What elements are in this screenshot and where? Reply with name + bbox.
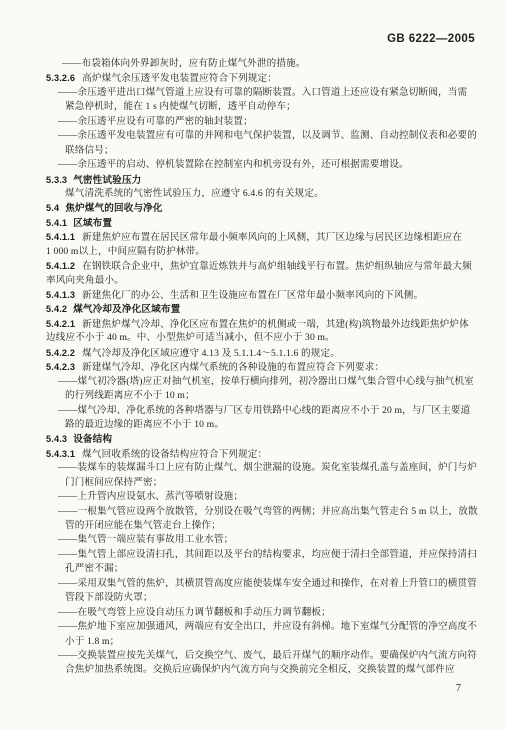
page-number: 7 bbox=[456, 683, 461, 694]
document-page: GB 6222—2005 ——布袋箱体向外界卸灰时，应有防止煤气外泄的措施。 5… bbox=[0, 0, 505, 730]
clause-number: 5.3.3 bbox=[46, 175, 67, 185]
bullet-line: ——布袋箱体向外界卸灰时，应有防止煤气外泄的措施。 bbox=[46, 57, 467, 71]
continuation-line: 孔严密不漏； bbox=[46, 562, 467, 576]
continuation-line: 联络信号； bbox=[46, 144, 467, 158]
clause-text: 新建煤气冷却、净化区内煤气系统的各种设施的布置应符合下列要求： bbox=[82, 362, 384, 373]
heading-5-4-3: 5.4.3设备结构 bbox=[46, 432, 467, 446]
bullet-line: ——交换装置应按先关煤气，后交换空气、废气，最后开煤气的顺序动作。要确保炉内气流… bbox=[46, 649, 467, 663]
clause-number: 5.4.2.2 bbox=[46, 348, 75, 358]
clause-5-4-3-1: 5.4.3.1煤气回收系统的设备结构应符合下列规定： bbox=[46, 447, 467, 461]
bullet-line: ——一根集气管应设两个放散管，分别设在吸气弯管的两侧；并应高出集气管走台 5 m… bbox=[46, 505, 467, 519]
bullet-line: ——煤气初冷器(塔)应正对抽气机室，按单行横向排列，初冷器出口煤气集合管中心线与… bbox=[46, 375, 467, 389]
bullet-line: ——采用双集气管的焦炉，其横贯管高度应能使装煤车安全通过和操作，在对着上升管口的… bbox=[46, 577, 467, 591]
document-body: ——布袋箱体向外界卸灰时，应有防止煤气外泄的措施。 5.3.2.6高炉煤气余压透… bbox=[46, 57, 467, 678]
clause-text: 高炉煤气余压透平发电装置应符合下列规定： bbox=[82, 73, 277, 84]
heading-text: 设备结构 bbox=[73, 434, 112, 445]
continuation-line: 小于 1.8 m； bbox=[46, 635, 467, 649]
bullet-line: ——焦炉地下室应加强通风，两端应有安全出口，并应设有斜梯。地下室煤气分配管的净空… bbox=[46, 620, 467, 634]
clause-number: 5.4.3.1 bbox=[46, 449, 75, 459]
continuation-line: 的行列线距离应不小于 10 m； bbox=[46, 389, 467, 403]
continuation-line: 路的最近边缘的距离应不小于 10 m。 bbox=[46, 418, 467, 432]
bullet-line: ——在吸气弯管上应设自动压力调节翻板和手动压力调节翻板； bbox=[46, 606, 467, 620]
clause-5-4-1-1: 5.4.1.1新建焦炉应布置在居民区常年最小频率风向的上风侧，其厂区边缘与居民区… bbox=[46, 230, 467, 244]
clause-text: 新建焦炉应布置在居民区常年最小频率风向的上风侧，其厂区边缘与居民区边缘相距应在 bbox=[82, 232, 462, 243]
clause-number: 5.4.2 bbox=[46, 304, 67, 314]
clause-5-4-2-1: 5.4.2.1新建焦炉煤气冷却、净化区应布置在焦炉的机侧或一端，其建(构)筑物最… bbox=[46, 317, 467, 331]
bullet-line: ——余压透平应设有可靠的严密的轴封装置； bbox=[46, 115, 467, 129]
clause-text: 在钢铁联合企业中，焦炉宜靠近炼铁并与高炉组轴线平行布置。焦炉组纵轴应与常年最大频 bbox=[82, 261, 472, 272]
heading-5-4-1: 5.4.1区域布置 bbox=[46, 216, 467, 230]
bullet-line: ——煤气冷却、净化系统的各种塔器与厂区专用铁路中心线的距离应不小于 20 m，与… bbox=[46, 404, 467, 418]
clause-5-4-1-3: 5.4.1.3新建焦化厂的办公、生活和卫生设施应布置在厂区常年最小频率风向的下风… bbox=[46, 288, 467, 302]
heading-text: 煤气冷却及净化区域布置 bbox=[73, 304, 180, 315]
clause-number: 5.4 bbox=[46, 203, 59, 213]
clause-number: 5.3.2.6 bbox=[46, 73, 75, 83]
bullet-line: ——集气管上部应设清扫孔，其间距以及平台的结构要求，均应便于清扫全部管道，并应保… bbox=[46, 548, 467, 562]
clause-5-4-1-2: 5.4.1.2在钢铁联合企业中，焦炉宜靠近炼铁并与高炉组轴线平行布置。焦炉组纵轴… bbox=[46, 259, 467, 273]
bullet-line: ——余压透平进出口煤气管道上应设有可靠的隔断装置。入口管道上还应设有紧急切断阀，… bbox=[46, 86, 467, 100]
continuation-line: 管的开闭应能在集气管走台上操作； bbox=[46, 519, 467, 533]
heading-text: 气密性试验压力 bbox=[73, 175, 141, 186]
heading-text: 焦炉煤气的回收与净化 bbox=[65, 203, 162, 214]
heading-5-4: 5.4焦炉煤气的回收与净化 bbox=[46, 201, 467, 215]
bullet-line: ——装煤车的装煤漏斗口上应有防止煤气、烟尘泄漏的设施。炭化室装煤孔盖与盖座间，炉… bbox=[46, 461, 467, 475]
bullet-line: ——余压透平发电装置应有可靠的并网和电气保护装置，以及调节、监测、自动控制仪表和… bbox=[46, 129, 467, 143]
clause-number: 5.4.1 bbox=[46, 218, 67, 228]
clause-number: 5.4.2.1 bbox=[46, 319, 75, 329]
heading-5-3-3: 5.3.3气密性试验压力 bbox=[46, 173, 467, 187]
clause-text: 新建焦化厂的办公、生活和卫生设施应布置在厂区常年最小频率风向的下风侧。 bbox=[82, 290, 423, 301]
continuation-line: 率风向夹角最小。 bbox=[46, 274, 467, 288]
continuation-line: 合焦炉加热系统图。交换后应确保炉内气流方向与交换前完全相反，交换装置的煤气部件应 bbox=[46, 663, 467, 677]
clause-5-3-2-6: 5.3.2.6高炉煤气余压透平发电装置应符合下列规定： bbox=[46, 71, 467, 85]
clause-text: 煤气冷却及净化区域应遵守 4.13 及 5.1.1.4～5.1.1.6 的规定。 bbox=[82, 348, 340, 359]
heading-5-4-2: 5.4.2煤气冷却及净化区域布置 bbox=[46, 302, 467, 316]
heading-text: 区域布置 bbox=[73, 218, 112, 229]
clause-number: 5.4.1.2 bbox=[46, 261, 75, 271]
continuation-line: 管段下部设防火罩； bbox=[46, 591, 467, 605]
clause-number: 5.4.2.3 bbox=[46, 362, 75, 372]
continuation-line: 门门框间应保持严密； bbox=[46, 476, 467, 490]
bullet-line: ——余压透平的启动、停机装置除在控制室内和机旁设有外，还可根据需要增设。 bbox=[46, 158, 467, 172]
clause-5-4-2-2: 5.4.2.2煤气冷却及净化区域应遵守 4.13 及 5.1.1.4～5.1.1… bbox=[46, 346, 467, 360]
standard-code: GB 6222—2005 bbox=[387, 33, 475, 45]
clause-text: 煤气回收系统的设备结构应符合下列规定： bbox=[82, 449, 267, 460]
clause-number: 5.4.1.3 bbox=[46, 290, 75, 300]
continuation-line: 1 000 m以上，中间应隔有防护林带。 bbox=[46, 245, 467, 259]
clause-5-4-2-3: 5.4.2.3新建煤气冷却、净化区内煤气系统的各种设施的布置应符合下列要求： bbox=[46, 360, 467, 374]
clause-number: 5.4.1.1 bbox=[46, 232, 75, 242]
bullet-line: ——上升管内应设氨水、蒸汽等喷射设施； bbox=[46, 490, 467, 504]
bullet-line: ——集气管一端应装有事故用工业水管； bbox=[46, 533, 467, 547]
continuation-line: 紧急停机时，能在 1 s 内使煤气切断，透平自动停车； bbox=[46, 100, 467, 114]
clause-number: 5.4.3 bbox=[46, 434, 67, 444]
paragraph-line: 煤气清洗系统的气密性试验压力，应遵守 6.4.6 的有关规定。 bbox=[46, 187, 467, 201]
continuation-line: 边线应不小于 40 m。中、小型焦炉可适当减小，但不应小于 30 m。 bbox=[46, 331, 467, 345]
clause-text: 新建焦炉煤气冷却、净化区应布置在焦炉的机侧或一端，其建(构)筑物最外边线距焦炉炉… bbox=[82, 319, 469, 330]
